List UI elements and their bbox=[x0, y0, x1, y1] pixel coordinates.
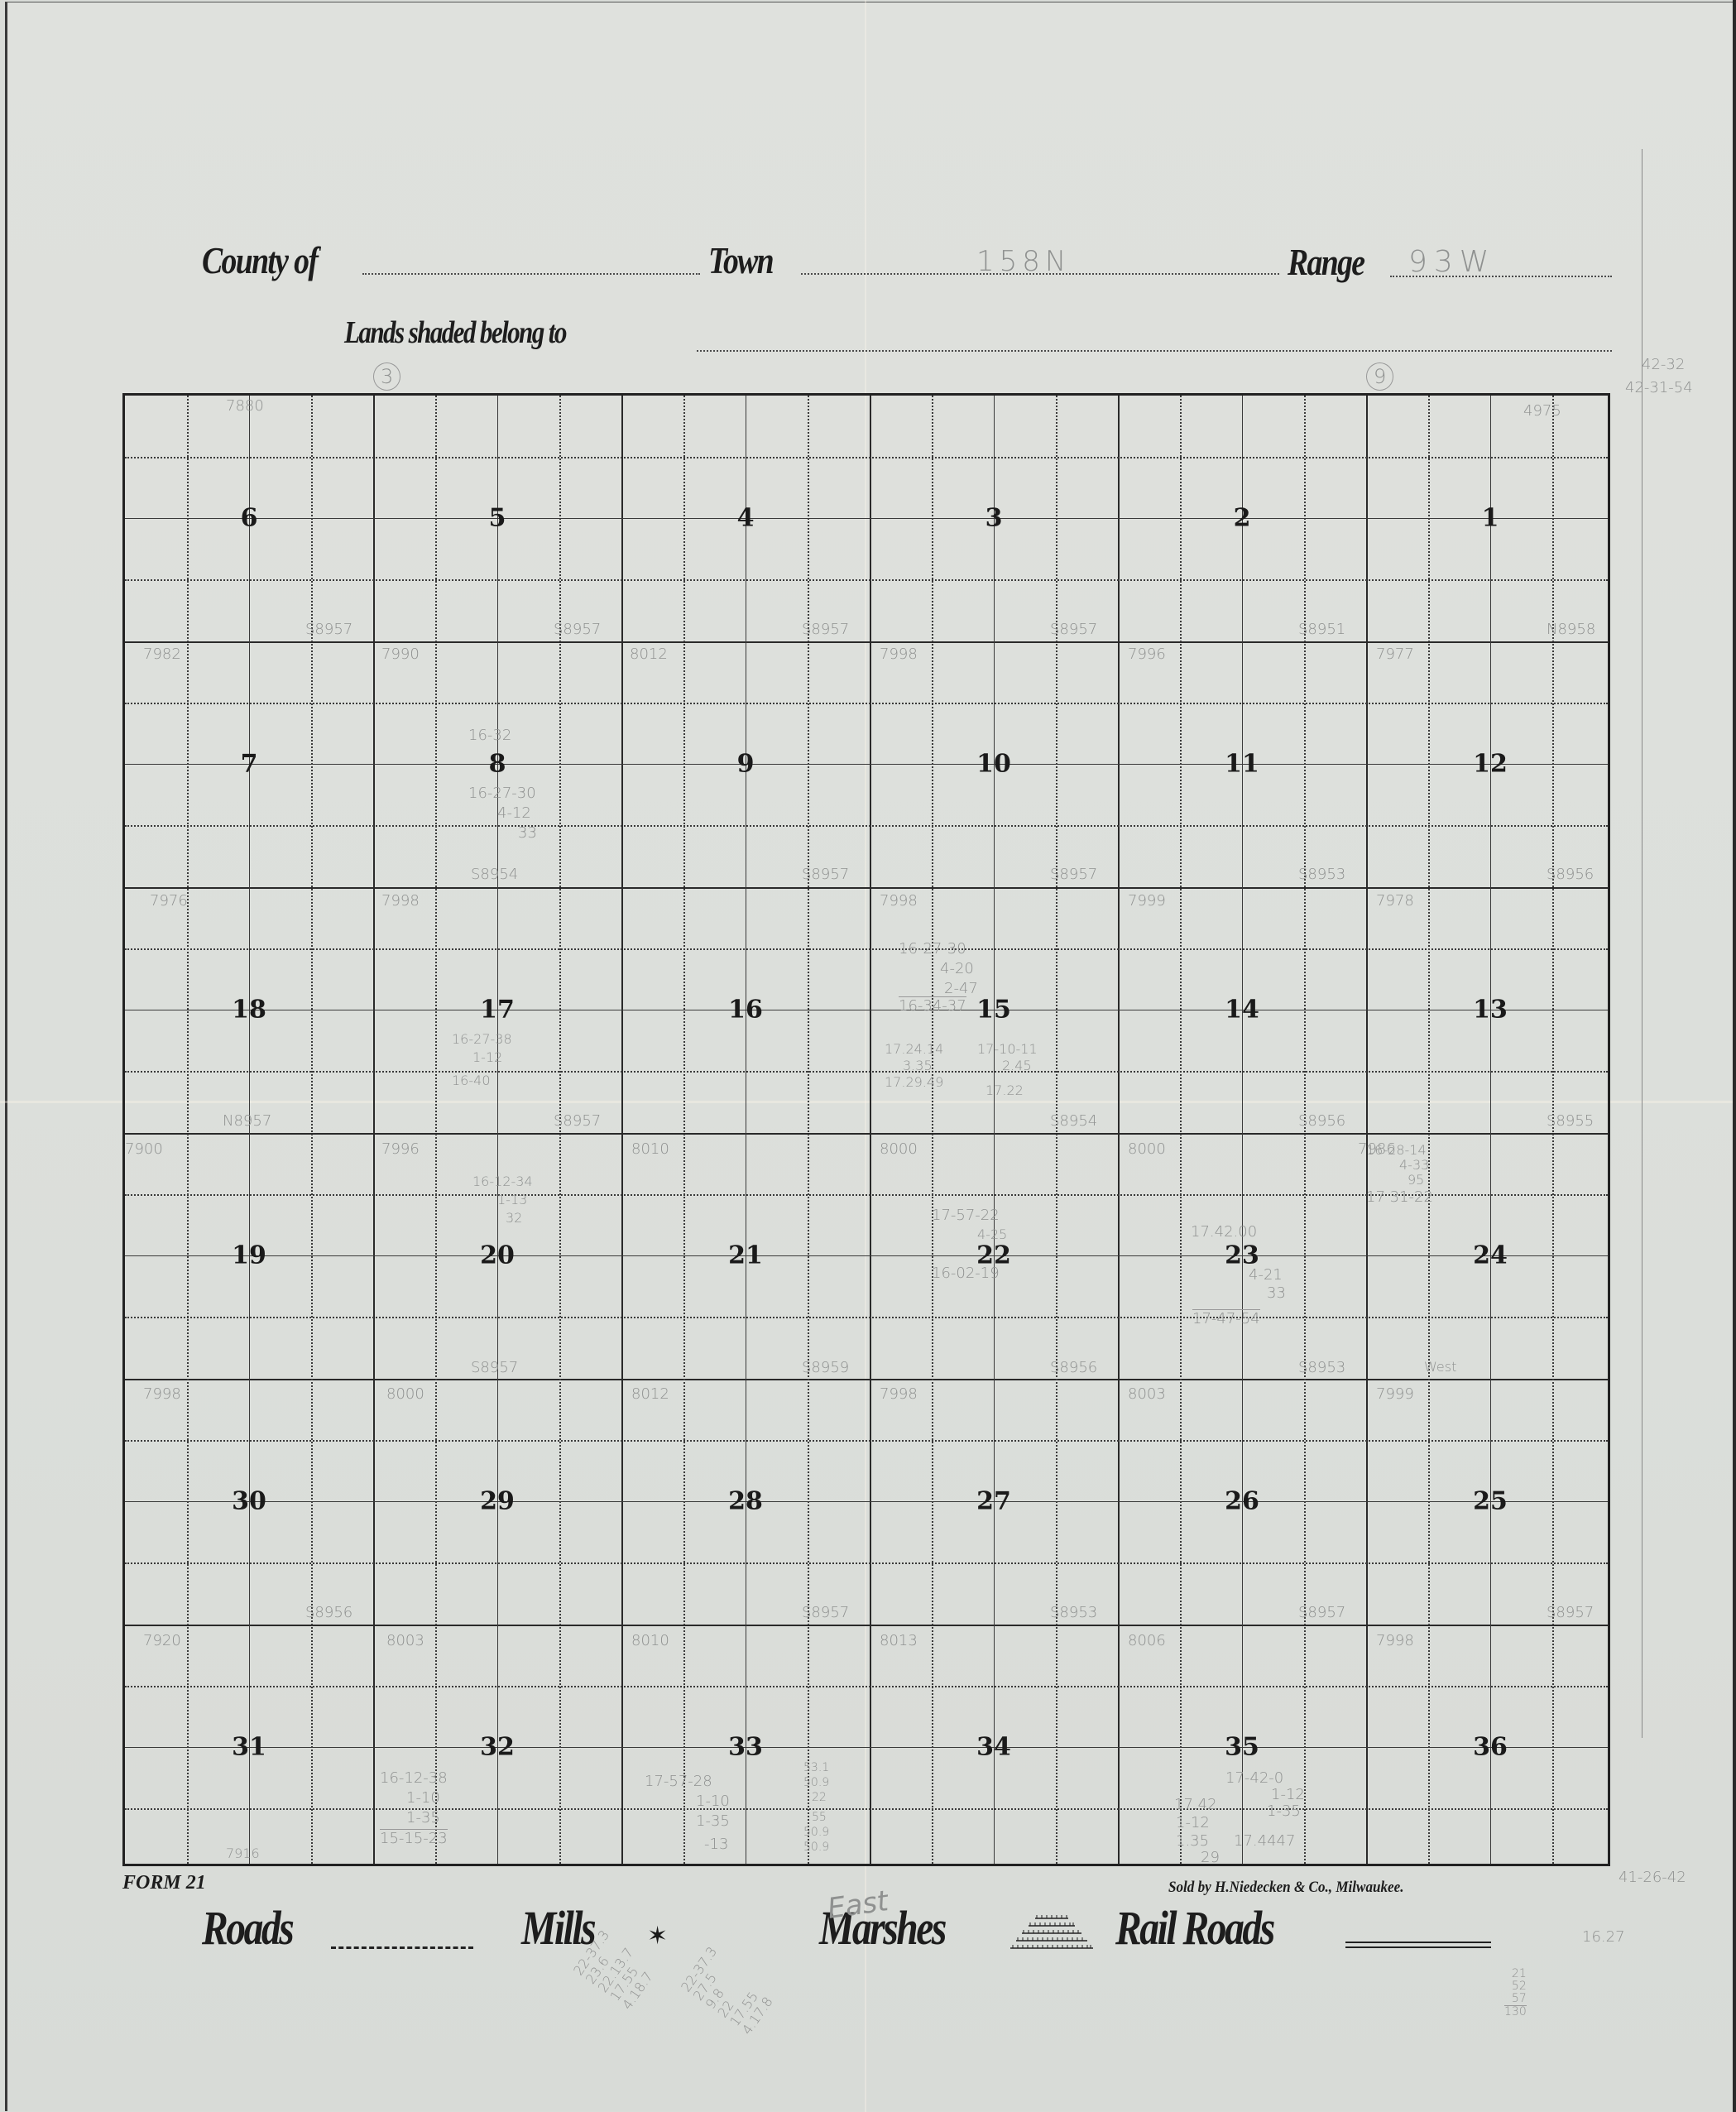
note-bearing: S8957 bbox=[305, 621, 352, 638]
town-label: Town bbox=[708, 238, 773, 282]
note-distance: 7998 bbox=[880, 646, 918, 663]
note-sec35-calc: 1-35 bbox=[1267, 1802, 1301, 1820]
note-bearing: S8957 bbox=[1298, 1604, 1345, 1621]
quarter-line-v bbox=[311, 396, 313, 1864]
section-14[interactable]: 14 bbox=[1225, 996, 1259, 1025]
note-sec17-calc: 1-12 bbox=[472, 1049, 502, 1065]
section-31[interactable]: 31 bbox=[232, 1733, 266, 1762]
section-4[interactable]: 4 bbox=[737, 504, 755, 533]
quarter-line-v bbox=[1056, 396, 1057, 1864]
section-15[interactable]: 15 bbox=[976, 996, 1011, 1025]
note-line: 52 bbox=[1504, 1980, 1527, 1993]
county-field[interactable] bbox=[362, 273, 700, 275]
note-bearing: S8953 bbox=[1050, 1604, 1097, 1621]
note-line: 130 bbox=[1504, 2005, 1527, 2018]
note-bearing: N8957 bbox=[223, 1112, 271, 1130]
note-bearing: S8957 bbox=[1050, 866, 1097, 883]
note-bearing: S8957 bbox=[1547, 1604, 1594, 1621]
note-distance: 7978 bbox=[1376, 892, 1414, 910]
note-bearing: S8951 bbox=[1298, 621, 1345, 638]
note-distance: 7990 bbox=[381, 646, 420, 663]
note-sec33-side: 22 bbox=[812, 1791, 827, 1804]
section-16[interactable]: 16 bbox=[728, 996, 763, 1025]
note-sec20-calc: 32 bbox=[506, 1210, 522, 1226]
form-id: FORM 21 bbox=[122, 1872, 206, 1894]
note-sec35-calc: 29 bbox=[1201, 1849, 1220, 1866]
section-26[interactable]: 26 bbox=[1225, 1487, 1259, 1516]
section-line-h bbox=[125, 1379, 1608, 1380]
section-10[interactable]: 10 bbox=[976, 750, 1011, 779]
section-8[interactable]: 8 bbox=[489, 750, 506, 779]
note-bearing: S8957 bbox=[802, 1604, 849, 1621]
note-sec15-calc2: 17.24.14 bbox=[885, 1041, 943, 1057]
lands-label: Lands shaded belong to bbox=[344, 314, 566, 351]
quarter-line-h bbox=[125, 948, 1608, 950]
section-7[interactable]: 7 bbox=[241, 750, 258, 779]
marsh-symbol-icon bbox=[1010, 1913, 1093, 1951]
note-line: 57 bbox=[1504, 1993, 1527, 2005]
half-line-h bbox=[125, 1501, 1608, 1502]
note-sec24-west: West bbox=[1424, 1359, 1456, 1375]
quarter-line-h bbox=[125, 1071, 1608, 1073]
note-sec32-calc: 16-12-38 bbox=[380, 1769, 448, 1787]
quarter-line-h bbox=[125, 457, 1608, 458]
note-sec8-calc: 16-27-30 bbox=[468, 785, 536, 802]
note-distance: 8010 bbox=[631, 1632, 669, 1649]
note-sec24-calc: 4-33 bbox=[1399, 1157, 1429, 1173]
half-line-h bbox=[125, 1747, 1608, 1748]
note-sec23-calc: 4-21 bbox=[1249, 1266, 1283, 1284]
section-11[interactable]: 11 bbox=[1225, 750, 1259, 779]
note-distance: 8000 bbox=[880, 1140, 918, 1158]
section-36[interactable]: 36 bbox=[1473, 1733, 1508, 1762]
note-sec35-calc: 17.4447 bbox=[1234, 1832, 1295, 1850]
note-top-right-1: 42-32 bbox=[1642, 356, 1685, 373]
note-distance: 8000 bbox=[386, 1385, 424, 1403]
note-sec33-calc: 1-10 bbox=[696, 1793, 730, 1810]
note-sec35-calc: 17-42-0 bbox=[1225, 1769, 1283, 1787]
section-24[interactable]: 24 bbox=[1473, 1241, 1508, 1270]
section-17[interactable]: 17 bbox=[480, 996, 515, 1025]
note-bearing: S8956 bbox=[1547, 866, 1594, 883]
note-bearing: S8956 bbox=[1050, 1359, 1097, 1376]
note-distance: 7998 bbox=[381, 892, 420, 910]
note-sec8-calc: 4-12 bbox=[497, 804, 531, 822]
section-2[interactable]: 2 bbox=[1234, 504, 1251, 533]
section-30[interactable]: 30 bbox=[232, 1487, 266, 1516]
mill-star-icon: ✶ bbox=[647, 1922, 668, 1951]
quarter-line-v bbox=[187, 396, 189, 1864]
section-1[interactable]: 1 bbox=[1482, 504, 1499, 533]
quarter-line-h bbox=[125, 1686, 1608, 1687]
quarter-line-h bbox=[125, 1440, 1608, 1442]
section-21[interactable]: 21 bbox=[728, 1241, 763, 1270]
note-sec33-calc: -13 bbox=[704, 1836, 728, 1853]
note-bearing: S8957 bbox=[554, 621, 601, 638]
note-bearing: N8958 bbox=[1547, 621, 1595, 638]
note-bearing: S8957 bbox=[554, 1112, 601, 1130]
section-19[interactable]: 19 bbox=[232, 1241, 266, 1270]
note-distance: 7996 bbox=[381, 1140, 420, 1158]
half-line-v bbox=[994, 396, 995, 1864]
note-sec20-calc: 16-12-34 bbox=[472, 1174, 533, 1189]
publisher-imprint: Sold by H.Niedecken & Co., Milwaukee. bbox=[1168, 1879, 1404, 1897]
note-sec32-calc: 1-10 bbox=[406, 1789, 440, 1807]
note-sec15-calc3: 2.45 bbox=[1002, 1058, 1032, 1073]
roads-symbol-icon bbox=[331, 1946, 473, 1949]
note-sec24-calc: 16-28-14 bbox=[1366, 1142, 1427, 1158]
half-line-v bbox=[497, 396, 498, 1864]
county-label: County of bbox=[202, 238, 317, 282]
section-line-v bbox=[1366, 396, 1368, 1864]
quarter-line-h bbox=[125, 703, 1608, 704]
quarter-line-h bbox=[125, 1317, 1608, 1318]
note-sec33-calc: 1-35 bbox=[696, 1812, 730, 1830]
note-bearing: S8954 bbox=[1050, 1112, 1097, 1130]
section-12[interactable]: 12 bbox=[1473, 750, 1508, 779]
note-distance: 7982 bbox=[143, 646, 181, 663]
note-distance: 8003 bbox=[1128, 1385, 1166, 1403]
note-distance: 7998 bbox=[1376, 1632, 1414, 1649]
quarter-line-h bbox=[125, 825, 1608, 827]
section-34[interactable]: 34 bbox=[976, 1733, 1011, 1762]
section-28[interactable]: 28 bbox=[728, 1487, 763, 1516]
note-circle-3: 3 bbox=[373, 362, 400, 391]
note-sec15-calc2: 17.29.49 bbox=[885, 1074, 943, 1090]
quarter-line-h bbox=[125, 579, 1608, 581]
note-sec31-bottom: 7916 bbox=[226, 1846, 260, 1861]
note-bearing: S8953 bbox=[1298, 866, 1345, 883]
section-27[interactable]: 27 bbox=[976, 1487, 1011, 1516]
note-sec15-calc3: 17.22 bbox=[985, 1082, 1024, 1098]
note-sec33-side: 50.9 bbox=[803, 1841, 829, 1854]
note-bearing: S8956 bbox=[1298, 1112, 1345, 1130]
section-9[interactable]: 9 bbox=[737, 750, 755, 779]
note-distance: 8012 bbox=[631, 1385, 669, 1403]
half-line-v bbox=[249, 396, 250, 1864]
note-distance: 7998 bbox=[880, 1385, 918, 1403]
legend-railroads-label: Rail Roads bbox=[1115, 1900, 1273, 1956]
note-sec15-calc3: 17-10-11 bbox=[977, 1041, 1038, 1057]
note-sec8-calc: 16-32 bbox=[468, 727, 511, 744]
section-29[interactable]: 29 bbox=[480, 1487, 515, 1516]
note-distance: 8000 bbox=[1128, 1140, 1166, 1158]
note-bearing: S8957 bbox=[1050, 621, 1097, 638]
section-32[interactable]: 32 bbox=[480, 1733, 515, 1762]
quarter-line-v bbox=[1180, 396, 1182, 1864]
section-line-h bbox=[125, 641, 1608, 643]
note-sec23-calc: 33 bbox=[1267, 1284, 1286, 1302]
quarter-line-v bbox=[808, 396, 809, 1864]
lands-field[interactable] bbox=[697, 350, 1612, 352]
section-line-h bbox=[125, 1133, 1608, 1135]
note-bottom-right-2: 16.27 bbox=[1582, 1928, 1625, 1946]
quarter-line-h bbox=[125, 1808, 1608, 1810]
note-bearing: S8954 bbox=[471, 866, 518, 883]
note-bearing: S8953 bbox=[1298, 1359, 1345, 1376]
quarter-line-v bbox=[683, 396, 685, 1864]
note-sec33-side: 50.9 bbox=[803, 1776, 829, 1789]
township-grid: 6 5 4 3 2 1 7 8 9 10 11 12 18 17 16 15 1… bbox=[122, 393, 1610, 1866]
note-distance: 7996 bbox=[1128, 646, 1166, 663]
note-distance: 8012 bbox=[630, 646, 668, 663]
half-line-v bbox=[1490, 396, 1491, 1864]
note-sec15-calc: 16-34-37 bbox=[899, 996, 966, 1015]
note-distance: 7976 bbox=[150, 892, 188, 910]
note-sec23-calc: 17.42.00 bbox=[1191, 1223, 1257, 1241]
section-line-h bbox=[125, 1625, 1608, 1626]
town-value: 158N bbox=[976, 245, 1071, 278]
section-line-v bbox=[621, 396, 623, 1864]
section-3[interactable]: 3 bbox=[985, 504, 1003, 533]
note-distance: 7977 bbox=[1376, 646, 1414, 663]
half-line-h bbox=[125, 1010, 1608, 1010]
note-distance: 7998 bbox=[880, 892, 918, 910]
note-sec24-calc: 17 31-22 bbox=[1366, 1188, 1433, 1206]
note-sec35-calc: 17.42 bbox=[1174, 1796, 1217, 1813]
section-line-h bbox=[125, 887, 1608, 889]
note-bottom-right-3: 21 52 57 130 bbox=[1504, 1968, 1527, 2018]
note-distance: 7998 bbox=[143, 1385, 181, 1403]
note-bearing: S8955 bbox=[1547, 1112, 1594, 1130]
note-sec24-calc: 95 bbox=[1408, 1172, 1424, 1188]
section-line-v bbox=[373, 396, 375, 1864]
note-bearing: S8959 bbox=[802, 1359, 849, 1376]
quarter-line-v bbox=[932, 396, 933, 1864]
section-35[interactable]: 35 bbox=[1225, 1733, 1259, 1762]
note-sec6-top: 7880 bbox=[226, 397, 264, 415]
half-line-h bbox=[125, 1255, 1608, 1256]
note-sec35-calc: 1-12 bbox=[1176, 1814, 1210, 1831]
half-line-v bbox=[1242, 396, 1243, 1864]
note-sec33-calc: 17-57-28 bbox=[645, 1773, 712, 1790]
note-sec17-calc: 16-27-38 bbox=[452, 1031, 512, 1047]
quarter-line-v bbox=[559, 396, 561, 1864]
note-sec32-calc: 1-35 bbox=[406, 1809, 440, 1826]
note-sec15-calc: 4-20 bbox=[940, 960, 974, 977]
note-sec22-calc: 17-57-22 bbox=[932, 1207, 1000, 1224]
note-sec35-calc: 1.35 bbox=[1176, 1832, 1209, 1850]
sheet-edge bbox=[1733, 0, 1736, 2112]
note-bearing: S8957 bbox=[802, 866, 849, 883]
half-line-h bbox=[125, 764, 1608, 765]
note-sec33-side: 55 bbox=[812, 1811, 827, 1824]
quarter-line-v bbox=[1428, 396, 1430, 1864]
railroad-symbol-icon bbox=[1345, 1942, 1491, 1948]
note-sec17-calc: 16-40 bbox=[452, 1073, 491, 1088]
note-sec33-side: 50.9 bbox=[803, 1826, 829, 1839]
legend-mills-label: Mills bbox=[521, 1900, 594, 1956]
note-sec33-side: 53.1 bbox=[803, 1761, 829, 1774]
note-sec15-calc2: 3.35 bbox=[903, 1058, 933, 1073]
note-bearing: S8957 bbox=[802, 621, 849, 638]
section-13[interactable]: 13 bbox=[1473, 996, 1508, 1025]
note-bearing: S8956 bbox=[305, 1604, 352, 1621]
note-distance: 7999 bbox=[1128, 892, 1166, 910]
note-sec20-calc: 1-13 bbox=[497, 1192, 527, 1207]
range-label: Range bbox=[1288, 240, 1364, 284]
half-line-h bbox=[125, 518, 1608, 519]
range-value: 93W bbox=[1408, 245, 1495, 279]
section-25[interactable]: 25 bbox=[1473, 1487, 1508, 1516]
note-line: 21 bbox=[1504, 1968, 1527, 1980]
note-corner-top: 4975 bbox=[1523, 402, 1561, 420]
note-distance: 7999 bbox=[1376, 1385, 1414, 1403]
note-sec22-calc: 4-25 bbox=[977, 1226, 1007, 1242]
note-distance: 8010 bbox=[631, 1140, 669, 1158]
note-sec22-calc: 16-02-19 bbox=[932, 1265, 1000, 1282]
quarter-line-v bbox=[1552, 396, 1554, 1864]
note-distance: 8013 bbox=[880, 1632, 918, 1649]
note-sec8-calc: 33 bbox=[518, 824, 537, 842]
section-6[interactable]: 6 bbox=[241, 504, 258, 533]
note-bottom-right-1: 41-26-42 bbox=[1619, 1869, 1686, 1886]
note-distance: 8006 bbox=[1128, 1632, 1166, 1649]
note-sec23-calc: 17-47-54 bbox=[1192, 1309, 1260, 1327]
note-circle-9: 9 bbox=[1366, 362, 1393, 391]
note-sec32-calc: 15-15-23 bbox=[380, 1829, 448, 1847]
half-line-v bbox=[746, 396, 746, 1864]
section-line-v bbox=[1118, 396, 1120, 1864]
section-20[interactable]: 20 bbox=[480, 1241, 515, 1270]
note-distance: 7920 bbox=[143, 1632, 181, 1649]
note-bearing: S8957 bbox=[471, 1359, 518, 1376]
note-sec15-calc: 16-27-30 bbox=[899, 940, 966, 958]
note-sec15-calc: 2-47 bbox=[944, 980, 978, 997]
note-sec35-calc: 1-12 bbox=[1271, 1786, 1305, 1803]
quarter-line-v bbox=[1304, 396, 1306, 1864]
section-line-v bbox=[870, 396, 871, 1864]
section-18[interactable]: 18 bbox=[232, 996, 266, 1025]
legend-roads-label: Roads bbox=[202, 1900, 292, 1956]
note-distance: 8003 bbox=[386, 1632, 424, 1649]
note-distance: 7900 bbox=[125, 1140, 163, 1158]
note-top-right-2: 42-31-54 bbox=[1625, 379, 1693, 396]
section-33[interactable]: 33 bbox=[728, 1733, 763, 1762]
quarter-line-v bbox=[435, 396, 437, 1864]
section-5[interactable]: 5 bbox=[489, 504, 506, 533]
quarter-line-h bbox=[125, 1562, 1608, 1564]
